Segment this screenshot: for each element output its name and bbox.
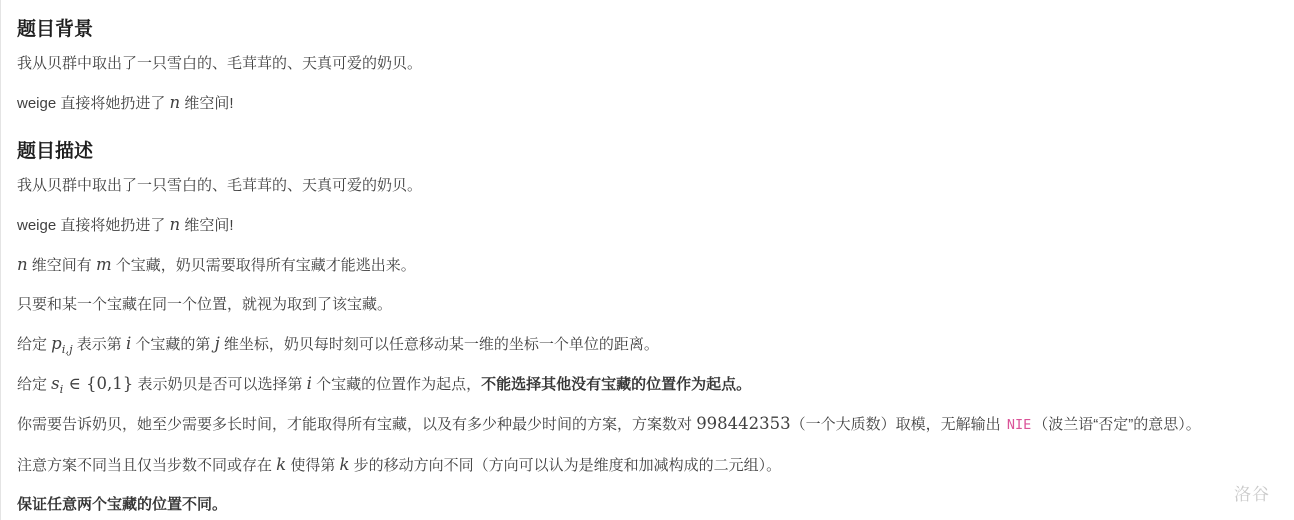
text-run: 使得第 bbox=[286, 457, 339, 474]
text-run: 个宝藏，奶贝需要取得所有宝藏才能逃出来。 bbox=[112, 257, 416, 274]
text-run: 给定 bbox=[17, 376, 51, 393]
text-run: 注意方案不同当且仅当步数不同或存在 bbox=[17, 457, 276, 474]
math-expression: p bbox=[51, 334, 62, 353]
text-run: 表示奶贝是否可以选择第 bbox=[133, 376, 306, 393]
paragraph: 我从贝群中取出了一只雪白的、毛茸茸的、天真可爱的奶贝。 bbox=[17, 54, 1274, 73]
math-expression: n bbox=[17, 255, 28, 274]
text-run: （波兰语“否定”的意思）。 bbox=[1033, 416, 1201, 433]
paragraph: 保证任意两个宝藏的位置不同。 bbox=[17, 495, 1274, 514]
paragraph: 只要和某一个宝藏在同一个位置，就视为取到了该宝藏。 bbox=[17, 295, 1274, 314]
math-expression: m bbox=[96, 255, 112, 274]
text-run: 我从贝群中取出了一只雪白的、毛茸茸的、天真可爱的奶贝。 bbox=[17, 177, 422, 194]
text-run: weige 直接将她扔进了 bbox=[17, 95, 170, 112]
text-run: 只要和某一个宝藏在同一个位置，就视为取到了该宝藏。 bbox=[17, 296, 392, 313]
math-expression: 998442353 bbox=[696, 414, 790, 433]
text-run: 你需要告诉奶贝，她至少需要多长时间，才能取得所有宝藏，以及有多少种最少时间的方案… bbox=[17, 416, 696, 433]
paragraph: 你需要告诉奶贝，她至少需要多长时间，才能取得所有宝藏，以及有多少种最少时间的方案… bbox=[17, 414, 1274, 435]
text-run: 给定 bbox=[17, 336, 51, 353]
math-expression: k bbox=[276, 455, 286, 474]
problem-statement: 题目背景我从贝群中取出了一只雪白的、毛茸茸的、天真可爱的奶贝。weige 直接将… bbox=[1, 18, 1294, 514]
math-expression: ∈ {0,1} bbox=[63, 374, 133, 393]
math-expression: i,j bbox=[62, 342, 73, 356]
text-run: 维空间! bbox=[180, 217, 233, 234]
text-run: 个宝藏的位置作为起点， bbox=[312, 376, 481, 393]
text-run: 步的移动方向不同（方向可以认为是维度和加减构成的二元组）。 bbox=[350, 457, 782, 474]
paragraph: weige 直接将她扔进了 n 维空间! bbox=[17, 215, 1274, 235]
bold-text-run: 不能选择其他没有宝藏的位置作为起点。 bbox=[481, 376, 751, 393]
heading-description: 题目描述 bbox=[17, 140, 1274, 163]
math-expression: n bbox=[170, 93, 181, 112]
text-run: 维坐标，奶贝每时刻可以任意移动某一维的坐标一个单位的距离。 bbox=[220, 336, 659, 353]
math-expression: s bbox=[51, 374, 59, 393]
bold-text-run: 保证任意两个宝藏的位置不同。 bbox=[17, 496, 227, 513]
paragraph: 给定 si ∈ {0,1} 表示奶贝是否可以选择第 i 个宝藏的位置作为起点，不… bbox=[17, 374, 1274, 394]
paragraph: n 维空间有 m 个宝藏，奶贝需要取得所有宝藏才能逃出来。 bbox=[17, 255, 1274, 275]
math-expression: n bbox=[170, 215, 181, 234]
heading-background: 题目背景 bbox=[17, 18, 1274, 41]
text-run: weige 直接将她扔进了 bbox=[17, 217, 170, 234]
inline-code: NIE bbox=[1005, 417, 1033, 433]
text-run: 个宝藏的第 bbox=[131, 336, 214, 353]
text-run: 维空间! bbox=[180, 95, 233, 112]
text-run: 表示第 bbox=[73, 336, 126, 353]
text-run: 我从贝群中取出了一只雪白的、毛茸茸的、天真可爱的奶贝。 bbox=[17, 55, 422, 72]
paragraph: 注意方案不同当且仅当步数不同或存在 k 使得第 k 步的移动方向不同（方向可以认… bbox=[17, 455, 1274, 475]
math-expression: k bbox=[340, 455, 350, 474]
text-run: （一个大质数）取模，无解输出 bbox=[791, 416, 1005, 433]
paragraph: weige 直接将她扔进了 n 维空间! bbox=[17, 93, 1274, 113]
paragraph: 我从贝群中取出了一只雪白的、毛茸茸的、天真可爱的奶贝。 bbox=[17, 176, 1274, 195]
luogu-watermark: 洛谷 bbox=[1234, 480, 1270, 505]
text-run: 维空间有 bbox=[28, 257, 96, 274]
paragraph: 给定 pi,j 表示第 i 个宝藏的第 j 维坐标，奶贝每时刻可以任意移动某一维… bbox=[17, 334, 1274, 354]
